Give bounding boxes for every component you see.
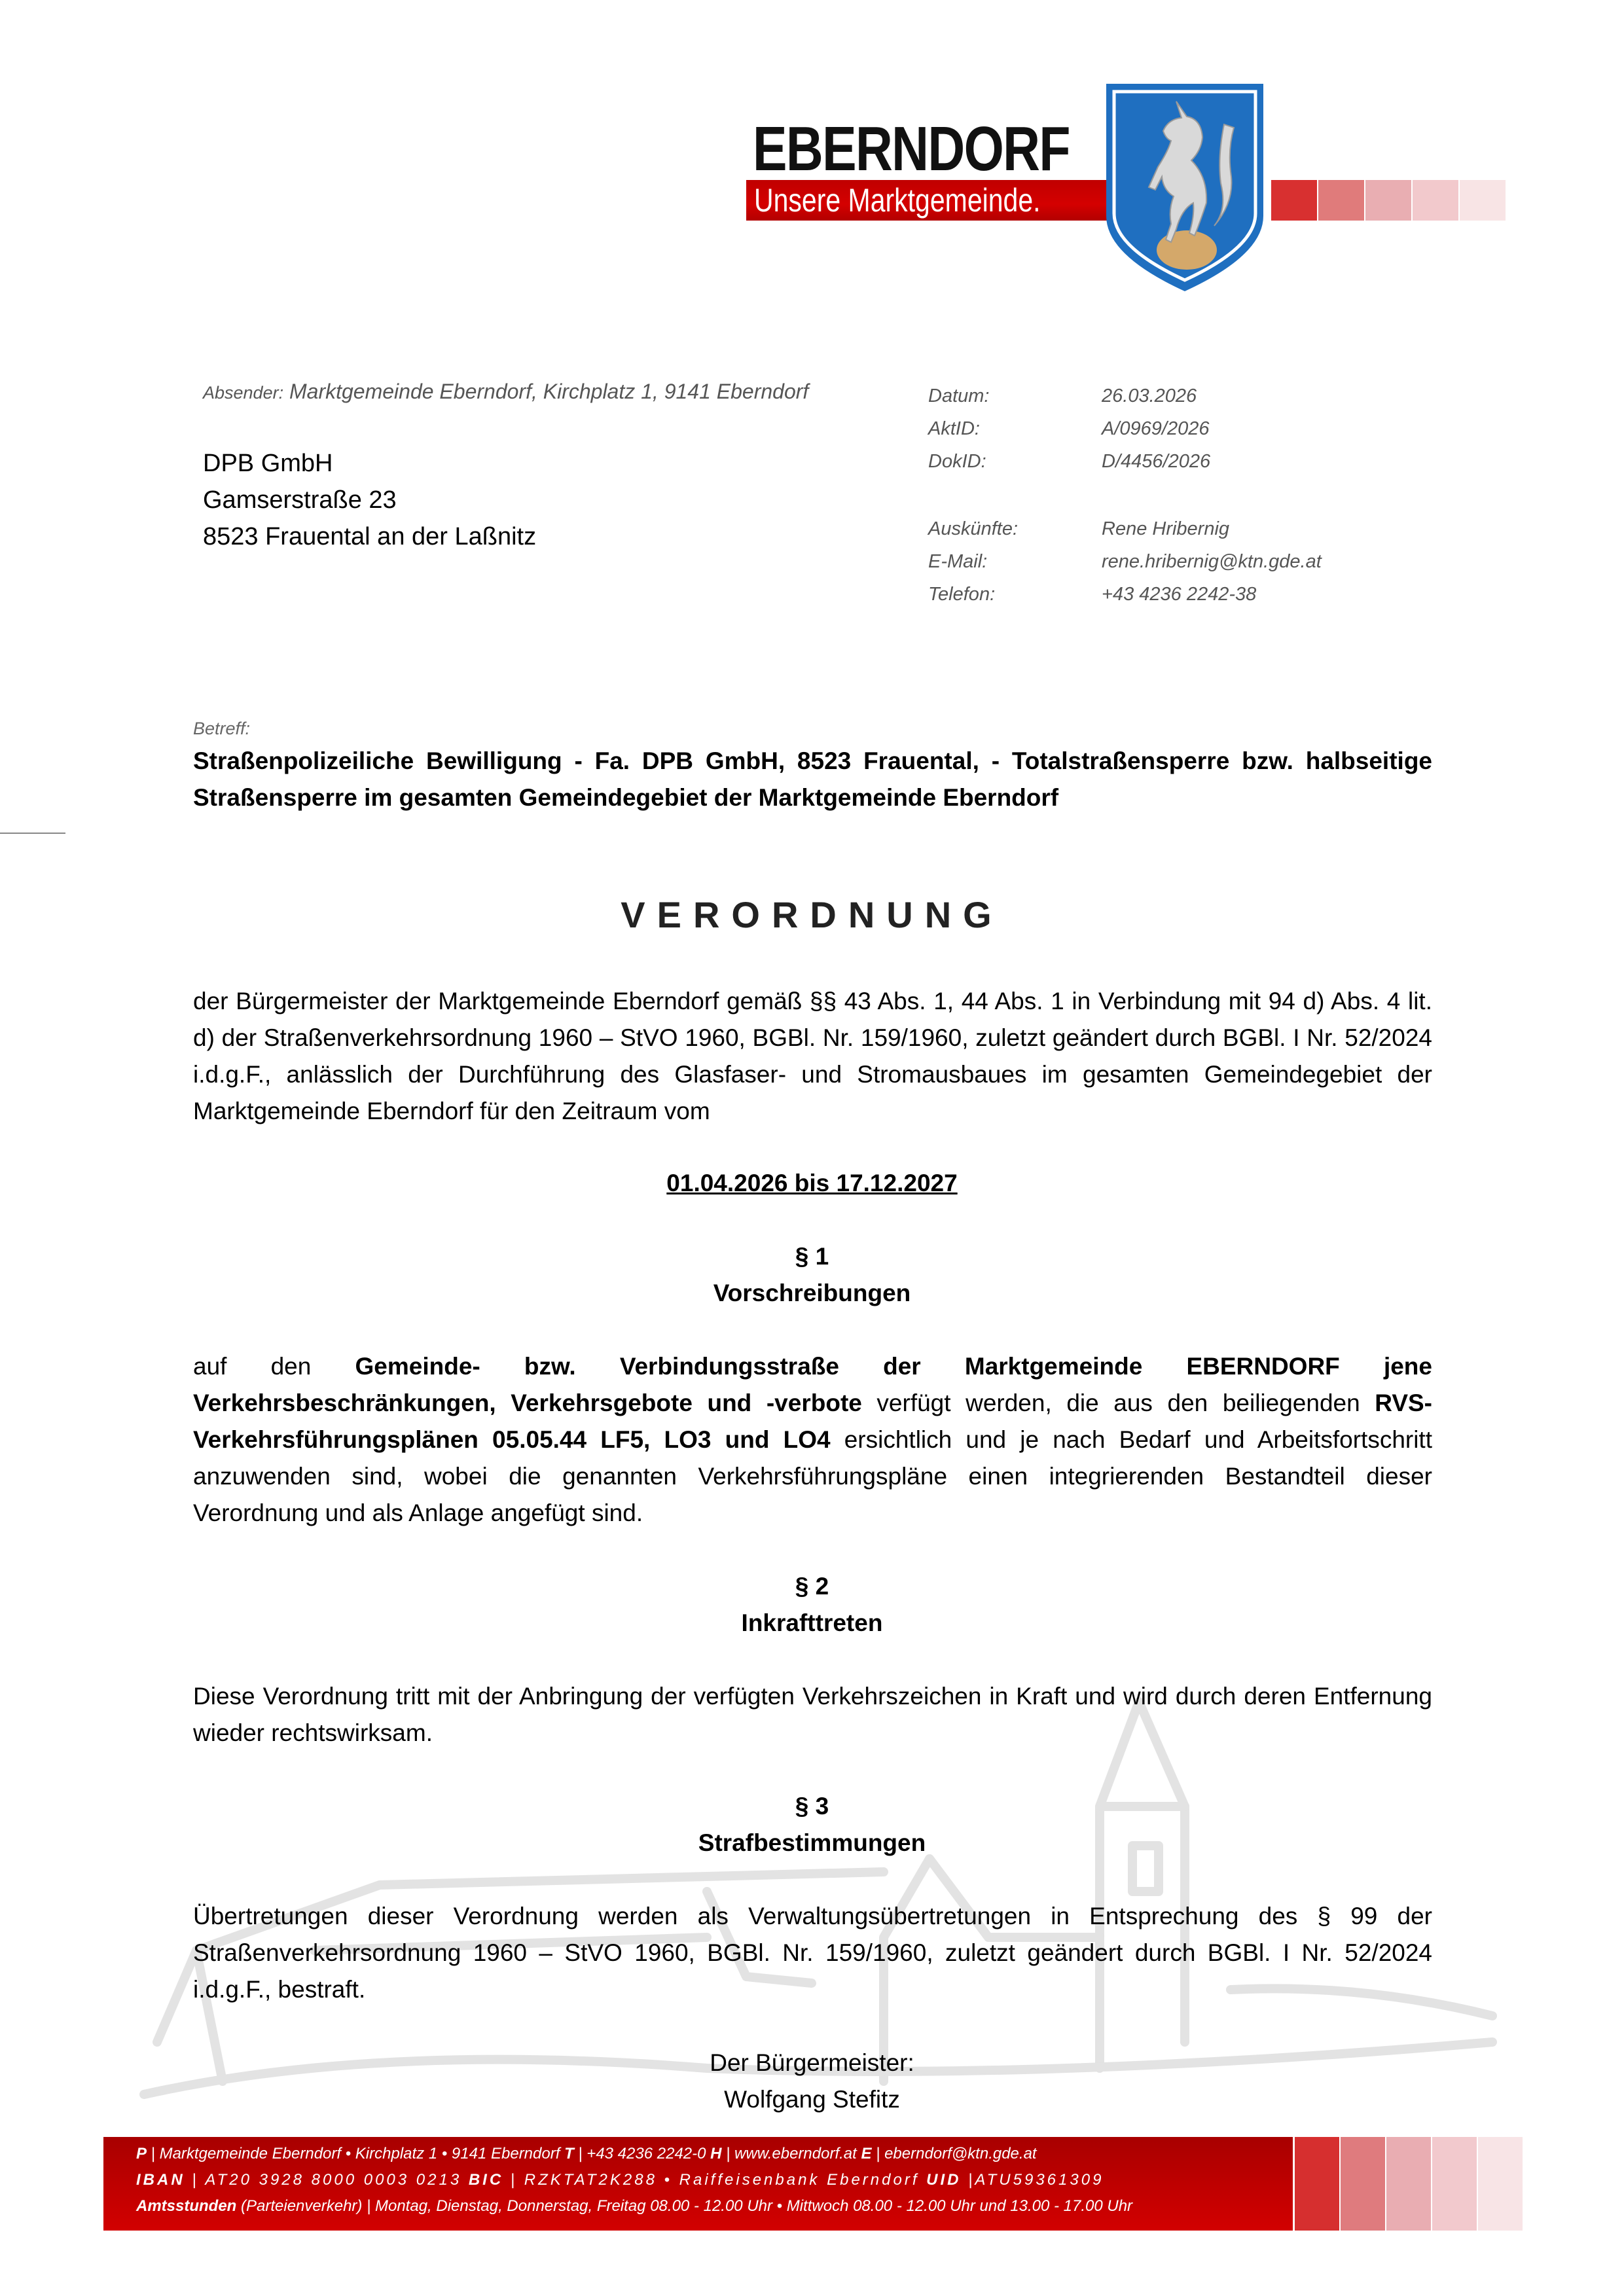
meta-row-email: E-Mail: rene.hribernig@ktn.gde.at xyxy=(928,545,1322,578)
section-1-body: auf den Gemeinde- bzw. Verbindungsstraße… xyxy=(193,1348,1432,1532)
meta-row-phone: Telefon: +43 4236 2242-38 xyxy=(928,578,1322,611)
text-run: BIC xyxy=(469,2171,503,2189)
footer-fade-swatch xyxy=(1432,2137,1477,2231)
meta-row-aktid: AktID: A/0969/2026 xyxy=(928,412,1322,445)
meta-row-dokid: DokID: D/4456/2026 xyxy=(928,445,1322,478)
text-run: | Marktgemeinde Eberndorf • Kirchplatz 1… xyxy=(147,2145,564,2162)
text-run: auf den xyxy=(193,1353,355,1380)
footer-fade-swatch xyxy=(1341,2137,1385,2231)
section-3-heading: Strafbestimmungen xyxy=(0,1825,1624,1861)
text-run: verfügt werden, die aus den beiliegenden xyxy=(862,1390,1375,1416)
meta-value: D/4456/2026 xyxy=(1102,451,1210,473)
text-run: | AT20 3928 8000 0003 0213 xyxy=(185,2171,469,2189)
footer-fade-swatch xyxy=(1478,2137,1523,2231)
letterhead-footer: P | Marktgemeinde Eberndorf • Kirchplatz… xyxy=(103,2137,1293,2231)
meta-key: Datum: xyxy=(928,386,1102,407)
fold-mark xyxy=(0,833,65,834)
text-run: (Parteienverkehr) | Montag, Dienstag, Do… xyxy=(236,2197,1132,2215)
recipient-street: Gamserstraße 23 xyxy=(203,482,536,518)
meta-value: A/0969/2026 xyxy=(1102,418,1209,440)
meta-key: E-Mail: xyxy=(928,551,1102,573)
meta-key: Auskünfte: xyxy=(928,518,1102,540)
meta-value: Rene Hribernig xyxy=(1102,518,1229,540)
text-run: |ATU59361309 xyxy=(962,2171,1104,2189)
logo-fade-swatch xyxy=(1365,180,1411,221)
text-run: Amtsstunden xyxy=(136,2197,236,2215)
section-2-body: Diese Verordnung tritt mit der Anbringun… xyxy=(193,1678,1432,1751)
text-run: | www.eberndorf.at xyxy=(721,2145,861,2162)
section-1-number: § 1 xyxy=(0,1238,1624,1275)
logo-fade-swatch xyxy=(1413,180,1458,221)
meta-key: Telefon: xyxy=(928,584,1102,605)
sender-value: Marktgemeinde Eberndorf, Kirchplatz 1, 9… xyxy=(289,380,808,403)
section-3-number: § 3 xyxy=(0,1788,1624,1825)
logo-tagline: Unsere Marktgemeinde. xyxy=(754,182,1041,220)
subject-text: Straßenpolizeiliche Bewilligung - Fa. DP… xyxy=(193,743,1432,816)
signature-role: Der Bürgermeister: xyxy=(0,2045,1624,2081)
text-run: | eberndorf@ktn.gde.at xyxy=(872,2145,1037,2162)
text-run: H xyxy=(710,2145,721,2162)
document-title: VERORDNUNG xyxy=(0,893,1624,936)
section-2-number: § 2 xyxy=(0,1568,1624,1605)
section-3-body: Übertretungen dieser Verordnung werden a… xyxy=(193,1898,1432,2008)
subject-label: Betreff: xyxy=(193,719,250,739)
footer-bank-line: IBAN | AT20 3928 8000 0003 0213 BIC | RZ… xyxy=(136,2171,1104,2189)
recipient-address: DPB GmbH Gamserstraße 23 8523 Frauental … xyxy=(203,445,536,555)
footer-fade-swatch xyxy=(1295,2137,1339,2231)
recipient-name: DPB GmbH xyxy=(203,445,536,482)
intro-paragraph: der Bürgermeister der Marktgemeinde Eber… xyxy=(193,983,1432,1130)
municipality-logo: EBERNDORF Unsere Marktgemeinde. xyxy=(740,79,1525,288)
section-2-heading: Inkrafttreten xyxy=(0,1605,1624,1641)
text-run: E xyxy=(861,2145,871,2162)
footer-fade-swatch xyxy=(1386,2137,1431,2231)
text-run: T xyxy=(564,2145,574,2162)
meta-email-link[interactable]: rene.hribernig@ktn.gde.at xyxy=(1102,551,1322,573)
coat-of-arms-unicorn-icon xyxy=(1103,79,1267,295)
sender-line: Absender: Marktgemeinde Eberndorf, Kirch… xyxy=(203,380,808,404)
text-run: UID xyxy=(926,2171,961,2189)
text-run: IBAN xyxy=(136,2171,185,2189)
logo-wordmark: EBERNDORF xyxy=(753,118,1070,181)
validity-period: 01.04.2026 bis 17.12.2027 xyxy=(0,1165,1624,1202)
document-meta: Datum: 26.03.2026 AktID: A/0969/2026 Dok… xyxy=(928,380,1322,611)
meta-key: DokID: xyxy=(928,451,1102,473)
recipient-city: 8523 Frauental an der Laßnitz xyxy=(203,518,536,555)
meta-value: 26.03.2026 xyxy=(1102,386,1197,407)
section-1-heading: Vorschreibungen xyxy=(0,1275,1624,1312)
signature-name: Wolfgang Stefitz xyxy=(0,2081,1624,2118)
meta-value: +43 4236 2242-38 xyxy=(1102,584,1256,605)
text-run: | RZKTAT2K288 • Raiffeisenbank Eberndorf xyxy=(503,2171,926,2189)
logo-fade-swatch xyxy=(1271,180,1317,221)
sender-label: Absender: xyxy=(203,383,283,403)
logo-fade-swatch xyxy=(1318,180,1364,221)
text-run: | +43 4236 2242-0 xyxy=(574,2145,710,2162)
logo-fade-swatch xyxy=(1460,180,1506,221)
text-run: P xyxy=(136,2145,147,2162)
meta-key: AktID: xyxy=(928,418,1102,440)
meta-row-date: Datum: 26.03.2026 xyxy=(928,380,1322,412)
meta-row-contact: Auskünfte: Rene Hribernig xyxy=(928,512,1322,545)
footer-hours-line: Amtsstunden (Parteienverkehr) | Montag, … xyxy=(136,2197,1132,2215)
footer-contact-line: P | Marktgemeinde Eberndorf • Kirchplatz… xyxy=(136,2145,1037,2163)
